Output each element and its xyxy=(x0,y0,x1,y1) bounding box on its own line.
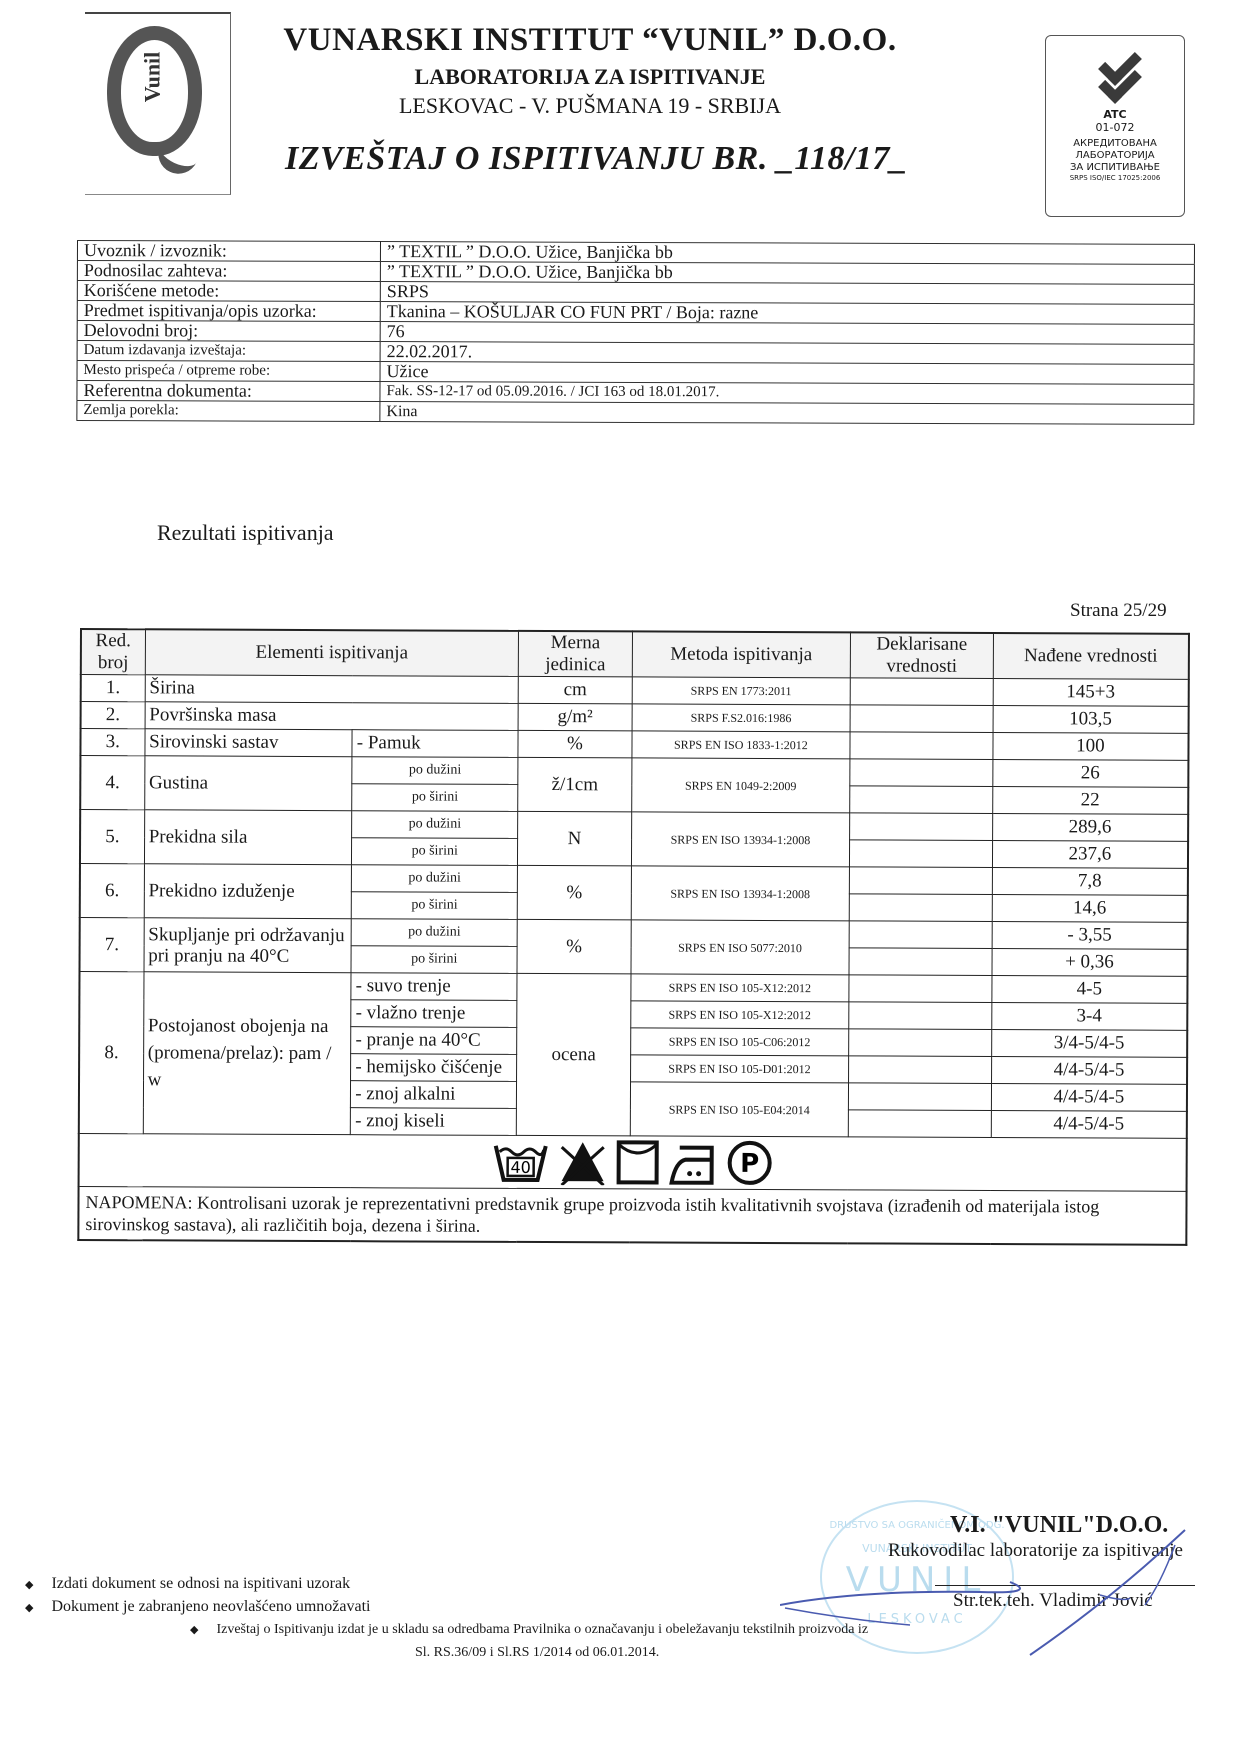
row-method: SRPS EN ISO 5077:2010 xyxy=(631,920,849,975)
row-num: 7. xyxy=(80,918,144,972)
row-declared xyxy=(849,894,992,922)
row-element: Gustina xyxy=(144,756,352,811)
svg-text:P: P xyxy=(740,1149,759,1179)
info-label: Uvoznik / izvoznik: xyxy=(77,241,380,262)
accreditation-text: АКРЕДИТОВАНА ЛАБОРАТОРИЈА ЗА ИСПИТИВАЊЕ xyxy=(1046,138,1184,174)
dry-clean-p-icon: P xyxy=(726,1139,774,1187)
iron-medium-icon xyxy=(668,1140,718,1186)
row-value-warp: 7,8 xyxy=(992,867,1188,895)
row-num: 6. xyxy=(80,864,144,918)
row-element-sub: - Pamuk xyxy=(352,730,518,758)
row-declared xyxy=(850,705,993,733)
table-row: 5. Prekidna sila po dužini N SRPS EN ISO… xyxy=(80,810,1188,842)
footer-note-1: ◆Izdati dokument se odnosi na ispitivani… xyxy=(25,1575,350,1593)
footer-note-4: Sl. RS.36/09 i Sl.RS 1/2014 od 06.01.201… xyxy=(415,1645,659,1661)
row-declared xyxy=(850,732,993,760)
row-method: SRPS EN ISO 105-C06:2012 xyxy=(631,1028,849,1056)
info-label: Delovodni broj: xyxy=(77,321,380,342)
row-value: 100 xyxy=(993,732,1189,760)
note-text: NAPOMENA: Kontrolisani uzorak je repreze… xyxy=(78,1186,1186,1244)
institute-address: LESKOVAC - V. PUŠMANA 19 - SRBIJA xyxy=(230,93,950,119)
row-declared xyxy=(849,867,992,895)
row-value-warp: - 3,55 xyxy=(992,921,1188,949)
info-value: Kina xyxy=(380,402,1194,425)
institute-name: VUNARSKI INSTITUT “VUNIL” D.O.O. xyxy=(230,22,950,59)
info-label: Podnosilac zahteva: xyxy=(77,261,380,282)
table-row: 4. Gustina po dužini ž/1cm SRPS EN 1049-… xyxy=(80,756,1188,788)
row-direction-warp: po dužini xyxy=(352,811,518,839)
row-num: 3. xyxy=(80,729,144,756)
row-method: SRPS F.S2.016:1986 xyxy=(632,704,850,732)
row-direction-warp: po dužini xyxy=(352,865,518,893)
row-declared xyxy=(848,1083,991,1111)
row-declared xyxy=(850,786,993,814)
row-element: Postojanost obojenja na (promena/prelaz)… xyxy=(143,972,351,1135)
info-value: 22.02.2017. xyxy=(380,342,1194,365)
row-method: SRPS EN 1773:2011 xyxy=(632,677,850,705)
wash-40-icon: 40 xyxy=(492,1140,550,1184)
report-title-prefix: IZVEŠTAJ O ISPITIVANJU BR. xyxy=(285,140,768,177)
row-num: 8. xyxy=(79,972,144,1134)
row-unit: cm xyxy=(518,676,632,703)
footer-note-2: ◆Dokument je zabranjeno neovlašćeno umno… xyxy=(25,1598,370,1616)
row-method: SRPS EN ISO 13934-1:2008 xyxy=(631,812,849,867)
row-unit: % xyxy=(517,865,631,919)
row-element: Prekidna sila xyxy=(144,810,352,865)
row-num: 5. xyxy=(80,810,144,864)
row-direction-weft: po širini xyxy=(352,784,518,812)
row-value-weft: 22 xyxy=(993,786,1189,814)
row-value-weft: 14,6 xyxy=(992,894,1188,922)
accreditation-number: 01-072 xyxy=(1046,121,1184,134)
sample-info-table: Uvoznik / izvoznik:” TEXTIL ” D.O.O. Uži… xyxy=(76,240,1195,425)
row-value: 4/4-5/4-5 xyxy=(991,1056,1187,1084)
diamond-bullet-icon: ◆ xyxy=(25,1579,33,1591)
accreditation-line-2: ЛАБОРАТОРИЈА xyxy=(1046,150,1184,162)
col-header-found: Nađene vrednosti xyxy=(993,633,1189,679)
footer-note-3: ◆Izveštaj o Ispitivanju izdat je u sklad… xyxy=(190,1622,868,1638)
care-symbols-cell: 40 P xyxy=(79,1133,1187,1191)
info-label: Mesto prispeća / otpreme robe: xyxy=(77,361,380,382)
results-heading: Rezultati ispitivanja xyxy=(157,520,334,546)
report-title: IZVEŠTAJ O ISPITIVANJU BR. _118/17_ xyxy=(285,140,907,178)
row-unit: % xyxy=(517,919,631,973)
footer-note-3-text: Izveštaj o Ispitivanju izdat je u skladu… xyxy=(216,1622,868,1637)
fastness-item: - suvo trenje xyxy=(351,973,517,1001)
row-direction-weft: po širini xyxy=(351,892,517,920)
row-element: Širina xyxy=(145,675,519,704)
fastness-item: - vlažno trenje xyxy=(351,1000,517,1028)
note-row: NAPOMENA: Kontrolisani uzorak je repreze… xyxy=(78,1186,1186,1244)
wash-temp-label: 40 xyxy=(510,1158,530,1177)
info-label: Referentna dokumenta: xyxy=(77,381,380,402)
info-label: Predmet ispitivanja/opis uzorka: xyxy=(77,301,380,322)
fastness-item: - znoj alkalni xyxy=(351,1081,517,1109)
row-value: 4/4-5/4-5 xyxy=(991,1110,1187,1138)
row-unit: N xyxy=(518,811,632,865)
row-unit: g/m² xyxy=(518,703,632,730)
accreditation-code: ATC xyxy=(1046,108,1184,121)
row-direction-weft: po širini xyxy=(351,946,517,974)
row-value-warp: 26 xyxy=(993,759,1189,787)
info-value: 76 xyxy=(380,322,1194,345)
care-symbols: 40 P xyxy=(84,1136,1182,1189)
row-value-weft: + 0,36 xyxy=(992,948,1188,976)
logo-text: Vunil xyxy=(139,52,165,103)
row-unit: ocena xyxy=(516,973,630,1135)
row-declared xyxy=(849,1029,992,1057)
row-num: 4. xyxy=(80,756,144,810)
row-method: SRPS EN ISO 105-E04:2014 xyxy=(630,1082,848,1137)
row-declared xyxy=(849,975,992,1003)
row-element: Prekidno izduženje xyxy=(144,864,352,919)
accreditation-line-1: АКРЕДИТОВАНА xyxy=(1046,138,1184,150)
logo-q-tail xyxy=(152,142,198,181)
info-value: Tkanina – KOŠULJAR CO FUN PRT / Boja: ra… xyxy=(380,302,1194,325)
table-row: 8. Postojanost obojenja na (promena/prel… xyxy=(79,972,1187,1004)
row-method: SRPS EN ISO 1833-1:2012 xyxy=(632,731,850,759)
row-value: 103,5 xyxy=(993,705,1189,733)
row-value: 145+3 xyxy=(993,678,1189,706)
row-direction-weft: po širini xyxy=(352,838,518,866)
institute-logo: Vunil xyxy=(85,12,231,195)
results-table: Red. broj Elementi ispitivanja Merna jed… xyxy=(77,628,1190,1246)
fastness-item: - znoj kiseli xyxy=(351,1108,517,1136)
info-label: Zemlja porekla: xyxy=(77,401,380,422)
accreditation-standard: SRPS ISO/IEC 17025:2006 xyxy=(1046,174,1184,182)
accreditation-line-3: ЗА ИСПИТИВАЊЕ xyxy=(1046,162,1184,174)
col-header-declared: Deklarisane vrednosti xyxy=(850,632,993,678)
row-declared xyxy=(849,948,992,976)
row-value-weft: 237,6 xyxy=(992,840,1188,868)
line-dry-icon xyxy=(616,1139,660,1185)
row-value: 4/4-5/4-5 xyxy=(991,1083,1187,1111)
care-symbols-row: 40 P xyxy=(79,1133,1187,1191)
row-element: Sirovinski sastav xyxy=(145,729,353,757)
row-unit: % xyxy=(518,730,632,757)
row-direction-warp: po dužini xyxy=(351,919,517,947)
col-header-num: Red. broj xyxy=(81,629,145,675)
row-declared xyxy=(848,1110,991,1138)
row-declared xyxy=(849,1002,992,1030)
report-number: _118/17_ xyxy=(777,140,908,177)
row-value: 3-4 xyxy=(992,1002,1188,1030)
info-value: ” TEXTIL ” D.O.O. Užice, Banjička bb xyxy=(380,262,1194,285)
row-declared xyxy=(849,813,992,841)
table-row: 7. Skupljanje pri održavanju pri pranju … xyxy=(80,918,1188,950)
row-declared xyxy=(849,921,992,949)
row-declared xyxy=(848,1056,991,1084)
info-label: Korišćene metode: xyxy=(77,281,380,302)
fastness-item: - pranje na 40°C xyxy=(351,1027,517,1055)
row-num: 1. xyxy=(81,675,145,702)
info-value: Užice xyxy=(380,362,1194,385)
row-value-warp: 289,6 xyxy=(992,813,1188,841)
row-value: 3/4-5/4-5 xyxy=(991,1029,1187,1057)
footer-note-1-text: Izdati dokument se odnosi na ispitivani … xyxy=(51,1575,350,1592)
row-element-name: Sirovinski sastav xyxy=(149,731,278,753)
atc-chevron-icon xyxy=(1097,52,1133,104)
diamond-bullet-icon: ◆ xyxy=(25,1602,33,1614)
footer-note-2-text: Dokument je zabranjeno neovlašćeno umnož… xyxy=(51,1598,370,1615)
row-method: SRPS EN ISO 105-X12:2012 xyxy=(631,974,849,1002)
accreditation-badge: ATC 01-072 АКРЕДИТОВАНА ЛАБОРАТОРИЈА ЗА … xyxy=(1045,35,1185,217)
table-row: 6. Prekidno izduženje po dužini % SRPS E… xyxy=(80,864,1188,896)
no-bleach-icon xyxy=(558,1139,608,1185)
row-method: SRPS EN ISO 105-X12:2012 xyxy=(631,1001,849,1029)
col-header-unit: Merna jedinica xyxy=(518,631,632,677)
info-value: Fak. SS-12-17 od 05.09.2016. / JCI 163 o… xyxy=(380,382,1194,405)
col-header-elements: Elementi ispitivanja xyxy=(145,629,519,676)
row-element: Skupljanje pri održavanju pri pranju na … xyxy=(144,918,352,973)
col-header-method: Metoda ispitivanja xyxy=(632,631,850,677)
page-number: Strana 25/29 xyxy=(1070,600,1167,622)
row-method: SRPS EN ISO 13934-1:2008 xyxy=(631,866,849,921)
row-method: SRPS EN 1049-2:2009 xyxy=(632,758,850,813)
row-value: 4-5 xyxy=(992,975,1188,1003)
info-row: Zemlja porekla:Kina xyxy=(77,401,1194,425)
row-method: SRPS EN ISO 105-D01:2012 xyxy=(630,1055,848,1083)
row-element: Površinska masa xyxy=(145,702,519,731)
row-declared xyxy=(850,678,993,706)
row-declared xyxy=(850,759,993,787)
row-declared xyxy=(849,840,992,868)
laboratory-name: LABORATORIJA ZA ISPITIVANJE xyxy=(230,64,950,90)
row-num: 2. xyxy=(81,702,145,729)
diamond-bullet-icon: ◆ xyxy=(190,1624,198,1636)
row-direction-warp: po dužini xyxy=(352,757,518,785)
fastness-item: - hemijsko čišćenje xyxy=(351,1054,517,1082)
row-unit: ž/1cm xyxy=(518,757,632,811)
table-header-row: Red. broj Elementi ispitivanja Merna jed… xyxy=(81,629,1189,679)
info-label: Datum izdavanja izveštaja: xyxy=(77,341,380,362)
